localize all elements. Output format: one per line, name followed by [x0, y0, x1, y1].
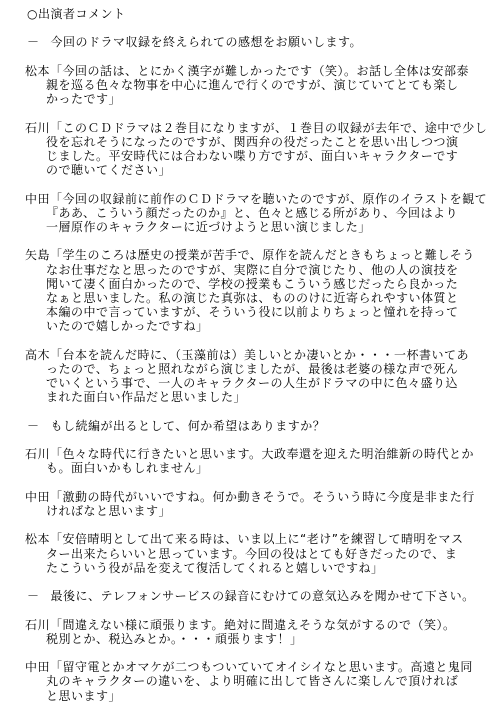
speaker-name: 松本 [25, 532, 50, 546]
question-dash: － [27, 589, 40, 603]
comment-line: と思います」 [25, 689, 490, 703]
comment-line: 本編の中で言っていますが、そういう役に以前よりちょっと憧れを持って [25, 305, 490, 319]
speaker-name: 石川 [25, 447, 50, 461]
comment-text: 「台本を読んだ時に、（玉藻前は）美しいとか凄いとか・・・一杯書いてあ [50, 348, 469, 362]
question-text: 今回のドラマ収録を終えられての感想をお願いします。 [51, 35, 363, 49]
comment-text: 「留守電とかオマケが二つもついていてオイシイなと思います。高遠と鬼同 [50, 660, 473, 674]
comment-line: ければなと思います」 [25, 504, 490, 518]
speaker-name: 石川 [25, 618, 50, 632]
speaker-name: 矢島 [25, 248, 50, 262]
comment-text: 「このＣＤドラマは２巻目になりますが、１巻目の収録が去年で、途中で少し [50, 121, 487, 135]
speaker-name: 中田 [25, 192, 50, 206]
comment-block-ishikawa-1: 石川「このＣＤドラマは２巻目になりますが、１巻目の収録が去年で、途中で少し 役を… [25, 121, 490, 178]
comment-line: 中田「今回の収録前に前作のＣＤドラマを聴いたのですが、原作のイラストを観て [25, 192, 490, 206]
interviewer-question-2: －もし続編が出るとして、何か希望はありますか？ [25, 419, 490, 433]
comment-text: 「今回の話は、とにかく漢字が難しかったです（笑）。お話し全体は安部泰 [50, 64, 469, 78]
comment-text: 「安倍晴明として出て来る時は、いま以上に“老け”を練習して晴明をマス [50, 532, 463, 546]
comment-line: 中田「留守電とかオマケが二つもついていてオイシイなと思います。高遠と鬼同 [25, 660, 490, 674]
comment-line: かったです」 [25, 92, 490, 106]
comment-block-ishikawa-2: 石川「色々な時代に行きたいと思います。大政奉還を迎えた明治維新の時代とか も。面… [25, 447, 490, 475]
comment-line: いたので嬉しかったですね」 [25, 319, 490, 333]
question-dash: － [27, 419, 40, 433]
comment-line: 一層原作のキャラクターに近づけようと思い演じました」 [25, 220, 490, 234]
comment-line: 石川「色々な時代に行きたいと思います。大政奉還を迎えた明治維新の時代とか [25, 447, 490, 461]
comment-text: 「学生のころは歴史の授業が苦手で、原作を読んだときもちょっと難しそう [50, 248, 475, 262]
comment-text: 「激動の時代がいいですね。何か動きそうで。そういう時に今度是非また行 [50, 490, 475, 504]
comment-line: なお仕事だなと思ったのですが、実際に自分で演じたり、他の人の演技を [25, 263, 490, 277]
comment-line: 石川「このＣＤドラマは２巻目になりますが、１巻目の収録が去年で、途中で少し [25, 121, 490, 135]
comment-line: でいくという事で、一人のキャラクターの人生がドラマの中に色々盛り込 [25, 376, 490, 390]
comment-block-nakata-1: 中田「今回の収録前に前作のＣＤドラマを聴いたのですが、原作のイラストを観て 『あ… [25, 192, 490, 235]
comment-line: 聞いて凄く面白かったので、学校の授業もこういう感じだったら良かった [25, 277, 490, 291]
question-text: もし続編が出るとして、何か希望はありますか？ [51, 419, 326, 433]
comment-block-nakata-3: 中田「留守電とかオマケが二つもついていてオイシイなと思います。高遠と鬼同 丸のキ… [25, 660, 490, 703]
question-dash: － [27, 35, 40, 49]
comment-line: ター出来たらいいと思っています。今回の役はとても好きだったので、ま [25, 547, 490, 561]
comment-line: たこういう役が品を変えて復活してくれると嬉しいですね」 [25, 561, 490, 575]
comment-block-nakata-2: 中田「激動の時代がいいですね。何か動きそうで。そういう時に今度是非また行 ければ… [25, 490, 490, 518]
comment-line: 税別とか、税込みとか。・・・頑張ります！」 [25, 632, 490, 646]
comment-block-yajima: 矢島「学生のころは歴史の授業が苦手で、原作を読んだときもちょっと難しそう なお仕… [25, 248, 490, 333]
comment-text: 「今回の収録前に前作のＣＤドラマを聴いたのですが、原作のイラストを観て [50, 192, 487, 206]
comment-block-matsumoto-2: 松本「安倍晴明として出て来る時は、いま以上に“老け”を練習して晴明をマス ター出… [25, 532, 490, 575]
comment-line: 高木「台本を読んだ時に、（玉藻前は）美しいとか凄いとか・・・一杯書いてあ [25, 348, 490, 362]
comment-line: 親を巡る色々な物事を中心に進んで行くのですが、演じていてとても楽し [25, 78, 490, 92]
comment-line: まれた面白い作品だと思いました」 [25, 390, 490, 404]
cast-comments-document: ○出演者コメント －今回のドラマ収録を終えられての感想をお願いします。 松本「今… [0, 0, 494, 703]
speaker-name: 松本 [25, 64, 50, 78]
comment-line: も。面白いかもしれません」 [25, 461, 490, 475]
question-text: 最後に、テレフォンサービスの録音にむけての意気込みを聞かせて下さい。 [51, 589, 475, 603]
speaker-name: 中田 [25, 660, 50, 674]
interviewer-question-1: －今回のドラマ収録を終えられての感想をお願いします。 [25, 35, 490, 49]
comment-line: 中田「激動の時代がいいですね。何か動きそうで。そういう時に今度是非また行 [25, 490, 490, 504]
comment-line: ので聴いてください」 [25, 163, 490, 177]
comment-line: じました。平安時代には合わない喋り方ですが、面白いキャラクターです [25, 149, 490, 163]
comment-line: 松本「今回の話は、とにかく漢字が難しかったです（笑）。お話し全体は安部泰 [25, 64, 490, 78]
comment-line: 『ああ、こういう顔だったのか』と、色々と感じる所があり、今回はより [25, 206, 490, 220]
speaker-name: 高木 [25, 348, 50, 362]
interviewer-question-3: －最後に、テレフォンサービスの録音にむけての意気込みを聞かせて下さい。 [25, 589, 490, 603]
comment-line: 丸のキャラクターの違いを、より明確に出して皆さんに楽しんで頂ければ [25, 674, 490, 688]
speaker-name: 石川 [25, 121, 50, 135]
comment-text: 「色々な時代に行きたいと思います。大政奉還を迎えた明治維新の時代とか [50, 447, 474, 461]
comment-block-takagi: 高木「台本を読んだ時に、（玉藻前は）美しいとか凄いとか・・・一杯書いてあ ったの… [25, 348, 490, 405]
comment-line: なぁと思いました。私の演じた真弥は、もののけに近寄られやすい体質と [25, 291, 490, 305]
page-title: ○出演者コメント [25, 7, 490, 21]
comment-line: 役を忘れそうになったのですが、関西弁の役だったことを思い出しつつ演 [25, 135, 490, 149]
comment-block-ishikawa-3: 石川「間違えない様に頑張ります。絶対に間違えそうな気がするので（笑）。 税別とか… [25, 618, 490, 646]
comment-line: 松本「安倍晴明として出て来る時は、いま以上に“老け”を練習して晴明をマス [25, 532, 490, 546]
comment-text: 「間違えない様に頑張ります。絶対に間違えそうな気がするので（笑）。 [50, 618, 456, 632]
comment-line: ったので、ちょっと照れながら演じましたが、最後は老婆の様な声で死ん [25, 362, 490, 376]
comment-block-matsumoto-1: 松本「今回の話は、とにかく漢字が難しかったです（笑）。お話し全体は安部泰 親を巡… [25, 64, 490, 107]
comment-line: 石川「間違えない様に頑張ります。絶対に間違えそうな気がするので（笑）。 [25, 618, 490, 632]
comment-line: 矢島「学生のころは歴史の授業が苦手で、原作を読んだときもちょっと難しそう [25, 248, 490, 262]
speaker-name: 中田 [25, 490, 50, 504]
